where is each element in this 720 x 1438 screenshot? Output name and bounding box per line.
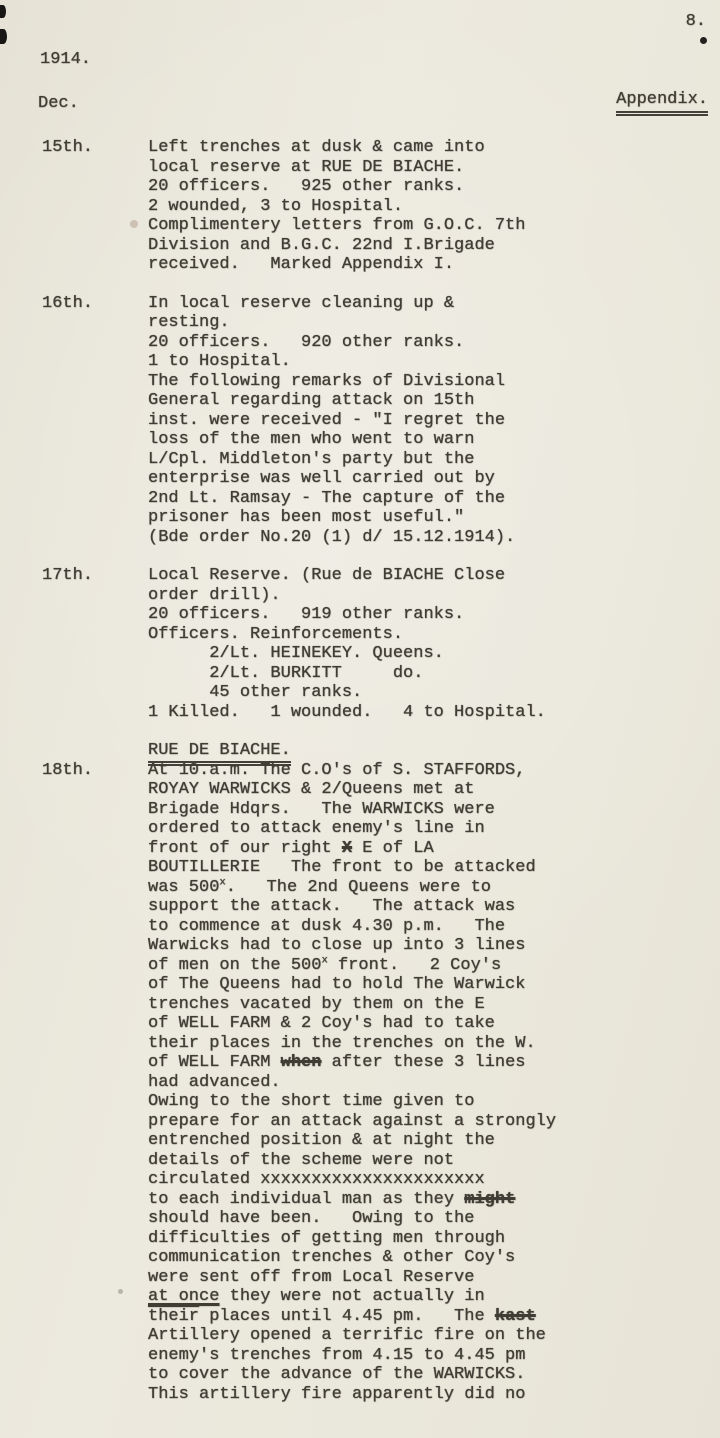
text-segment: enemy's trenches from 4.15 to 4.45 pm [148,1346,525,1365]
entry-line: 20 officers. 925 other ranks. [148,177,720,197]
underlined-text: at once [148,1287,219,1306]
text-segment: after these 3 lines [321,1053,525,1072]
text-segment: The following remarks of Divisional [148,372,505,391]
text-segment: 2 wounded, 3 to Hospital. [148,197,403,216]
text-segment: resting. [148,313,230,332]
entry-date: 17th. [0,566,148,722]
entry-line: resting. [148,313,720,333]
text-segment: circulated xxxxxxxxxxxxxxxxxxxxxx [148,1170,485,1189]
text-segment: Warwicks had to close up into 3 lines [148,936,525,955]
text-segment: General regarding attack on 15th [148,391,474,410]
text-segment: Brigade Hdqrs. The WARWICKS were [148,800,495,819]
entry-line: Officers. Reinforcements. [148,625,720,645]
diary-entry: 15th.Left trenches at dusk & came intolo… [0,138,720,275]
text-segment: inst. were received - "I regret the [148,411,505,430]
appendix-label: Appendix. [616,90,708,116]
diary-entry: 16th.In local reserve cleaning up &resti… [0,294,720,548]
text-segment: 45 other ranks. [148,683,362,702]
text-segment: L/Cpl. Middleton's party but the [148,450,474,469]
entry-line: 2/Lt. HEINEKEY. Queens. [148,644,720,664]
text-segment: 20 officers. 920 other ranks. [148,333,464,352]
text-segment: 1 to Hospital. [148,352,291,371]
paper-edge-mark [0,29,7,44]
text-segment: . The 2nd Queens were to [226,878,491,897]
entry-line: (Bde order No.20 (1) d/ 15.12.1914). [148,528,720,548]
text-segment: Owing to the short time given to [148,1092,474,1111]
text-segment: of The Queens had to hold The Warwick [148,975,525,994]
entry-line: support the attack. The attack was [148,897,720,917]
entry-line: prisoner has been most useful." [148,508,720,528]
entry-line: loss of the men who went to warn [148,430,720,450]
text-segment: 2nd Lt. Ramsay - The capture of the [148,489,505,508]
text-segment: E of LA [352,839,434,858]
text-segment: support the attack. The attack was [148,897,515,916]
year-label: 1914. [40,50,91,70]
entry-line: to commence at dusk 4.30 p.m. The [148,917,720,937]
entry-line: of WELL FARM & 2 Coy's had to take [148,1014,720,1034]
entry-date: 18th. [0,741,148,1404]
text-segment: front of our right [148,839,342,858]
entry-line: were sent off from Local Reserve [148,1268,720,1288]
entry-line: at once they were not actually in [148,1287,720,1307]
text-segment: Officers. Reinforcements. [148,625,403,644]
month-label: Dec. [38,94,79,114]
text-segment: This artillery fire apparently did no [148,1385,525,1404]
entry-line: difficulties of getting men through [148,1229,720,1249]
text-segment: 1 Killed. 1 wounded. 4 to Hospital. [148,703,546,722]
text-segment: should have been. Owing to the [148,1209,474,1228]
struck-text: when [281,1053,322,1072]
entry-line: local reserve at RUE DE BIACHE. [148,158,720,178]
text-segment: ordered to attack enemy's line in [148,819,485,838]
entry-line: 45 other ranks. [148,683,720,703]
diary-entry: 17th.Local Reserve. (Rue de BIACHE Close… [0,566,720,722]
text-segment: 2/Lt. HEINEKEY. Queens. [148,644,444,663]
entry-line: should have been. Owing to the [148,1209,720,1229]
entry-line: entrenched position & at night the [148,1131,720,1151]
entry-line: L/Cpl. Middleton's party but the [148,450,720,470]
entry-line: of The Queens had to hold The Warwick [148,975,720,995]
entries: 15th.Left trenches at dusk & came intolo… [0,138,720,1423]
text-segment: they were not actually in [219,1287,484,1306]
text-segment: prepare for an attack against a strongly [148,1112,556,1131]
text-segment: 2/Lt. BURKITT do. [148,664,423,683]
diary-entry: 18th.RUE DE BIACHE.At 10.a.m. The C.O's … [0,741,720,1404]
entry-body: In local reserve cleaning up &resting.20… [148,294,720,548]
text-segment: Division and B.G.C. 22nd I.Brigade [148,236,495,255]
entry-line: Left trenches at dusk & came into [148,138,720,158]
entry-line: This artillery fire apparently did no [148,1385,720,1405]
entry-line: prepare for an attack against a strongly [148,1112,720,1132]
entry-line: Artillery opened a terrific fire on the [148,1326,720,1346]
entry-line: order drill). [148,586,720,606]
text-segment: were sent off from Local Reserve [148,1268,474,1287]
text-segment: had advanced. [148,1073,281,1092]
entry-line: 2 wounded, 3 to Hospital. [148,197,720,217]
entry-line: of WELL FARM when after these 3 lines [148,1053,720,1073]
text-segment: their [148,1307,199,1326]
text-segment: places until 4.45 pm. The [199,1307,495,1326]
entry-line: circulated xxxxxxxxxxxxxxxxxxxxxx [148,1170,720,1190]
entry-line: BOUTILLERIE The front to be attacked [148,858,720,878]
entry-line: their places in the trenches on the W. [148,1034,720,1054]
entry-line: Division and B.G.C. 22nd I.Brigade [148,236,720,256]
entry-date: 16th. [0,294,148,548]
text-segment: to each individual man as they [148,1190,464,1209]
text-segment: communication trenches & other Coy's [148,1248,515,1267]
paper-edge-mark [0,5,6,18]
entry-line: 20 officers. 919 other ranks. [148,605,720,625]
entry-line: Owing to the short time given to [148,1092,720,1112]
ink-speck [700,37,707,44]
struck-text: might [464,1190,515,1209]
text-segment: enterprise was well carried out by [148,469,495,488]
text-segment: Left trenches at dusk & came into [148,138,485,157]
text-segment: loss of the men who went to warn [148,430,474,449]
text-segment: Local Reserve. (Rue de BIACHE Close [148,566,505,585]
text-segment: was 500 [148,878,219,897]
text-segment: Complimentery letters from G.O.C. 7th [148,216,525,235]
text-segment: their places in the trenches on the W. [148,1034,536,1053]
entry-body: RUE DE BIACHE.At 10.a.m. The C.O's of S.… [148,741,720,1404]
entry-line: The following remarks of Divisional [148,372,720,392]
entry-body: Left trenches at dusk & came intolocal r… [148,138,720,275]
text-segment: entrenched position & at night the [148,1131,495,1150]
text-segment: 20 officers. 919 other ranks. [148,605,464,624]
entry-line: Brigade Hdqrs. The WARWICKS were [148,800,720,820]
entry-line: their places until 4.45 pm. The kast [148,1307,720,1327]
text-segment: trenches vacated by them on the E [148,995,485,1014]
entry-line: Complimentery letters from G.O.C. 7th [148,216,720,236]
entry-line: 2/Lt. BURKITT do. [148,664,720,684]
text-segment: to commence at dusk 4.30 p.m. The [148,917,505,936]
entry-line: 20 officers. 920 other ranks. [148,333,720,353]
entry-line: details of the scheme were not [148,1151,720,1171]
text-segment: ROYAY WARWICKS & 2/Queens met at [148,780,474,799]
text-segment: front. 2 Coy's [328,956,501,975]
entry-line: to each individual man as they might [148,1190,720,1210]
text-segment: Artillery opened a terrific fire on the [148,1326,546,1345]
text-segment: of WELL FARM [148,1053,281,1072]
entry-line: had advanced. [148,1073,720,1093]
entry-line: to cover the advance of the WARWICKS. [148,1365,720,1385]
entry-line: front of our right X E of LA [148,839,720,859]
entry-line: In local reserve cleaning up & [148,294,720,314]
entry-line: enterprise was well carried out by [148,469,720,489]
entry-line: received. Marked Appendix I. [148,255,720,275]
page-number: 8. [686,12,706,32]
entry-line: enemy's trenches from 4.15 to 4.45 pm [148,1346,720,1366]
entry-line: Warwicks had to close up into 3 lines [148,936,720,956]
text-segment: of WELL FARM & 2 Coy's had to take [148,1014,495,1033]
entry-date: 15th. [0,138,148,275]
text-segment: prisoner has been most useful." [148,508,464,527]
entry-heading: RUE DE BIACHE. [148,741,720,761]
entry-line: inst. were received - "I regret the [148,411,720,431]
entry-line: trenches vacated by them on the E [148,995,720,1015]
entry-line: ordered to attack enemy's line in [148,819,720,839]
entry-line: was 500x. The 2nd Queens were to [148,878,720,898]
entry-line: communication trenches & other Coy's [148,1248,720,1268]
text-segment: In local reserve cleaning up & [148,294,454,313]
text-segment: received. Marked Appendix I. [148,255,454,274]
text-segment: to cover the advance of the WARWICKS. [148,1365,525,1384]
entry-line: Local Reserve. (Rue de BIACHE Close [148,566,720,586]
text-segment: details of the scheme were not [148,1151,454,1170]
entry-line: 1 to Hospital. [148,352,720,372]
entry-body: Local Reserve. (Rue de BIACHE Closeorder… [148,566,720,722]
entry-line: 2nd Lt. Ramsay - The capture of the [148,489,720,509]
text-segment: (Bde order No.20 (1) d/ 15.12.1914). [148,528,515,547]
struck-text: X [342,839,352,858]
entry-line: At 10.a.m. The C.O's of S. STAFFORDS, [148,761,720,781]
text-segment: BOUTILLERIE The front to be attacked [148,858,536,877]
text-segment: At 10.a.m. The C.O's of S. STAFFORDS, [148,761,525,780]
text-segment: local reserve at RUE DE BIACHE. [148,158,464,177]
struck-text: kast [495,1307,536,1326]
text-segment: order drill). [148,586,281,605]
entry-line: 1 Killed. 1 wounded. 4 to Hospital. [148,703,720,723]
entry-line: ROYAY WARWICKS & 2/Queens met at [148,780,720,800]
entry-line: General regarding attack on 15th [148,391,720,411]
text-segment: of men on the 500 [148,956,321,975]
scanned-page: 8. 1914. Dec. Appendix. 15th.Left trench… [0,0,720,1438]
entry-line: of men on the 500x front. 2 Coy's [148,956,720,976]
text-segment: difficulties of getting men through [148,1229,505,1248]
text-segment: 20 officers. 925 other ranks. [148,177,464,196]
